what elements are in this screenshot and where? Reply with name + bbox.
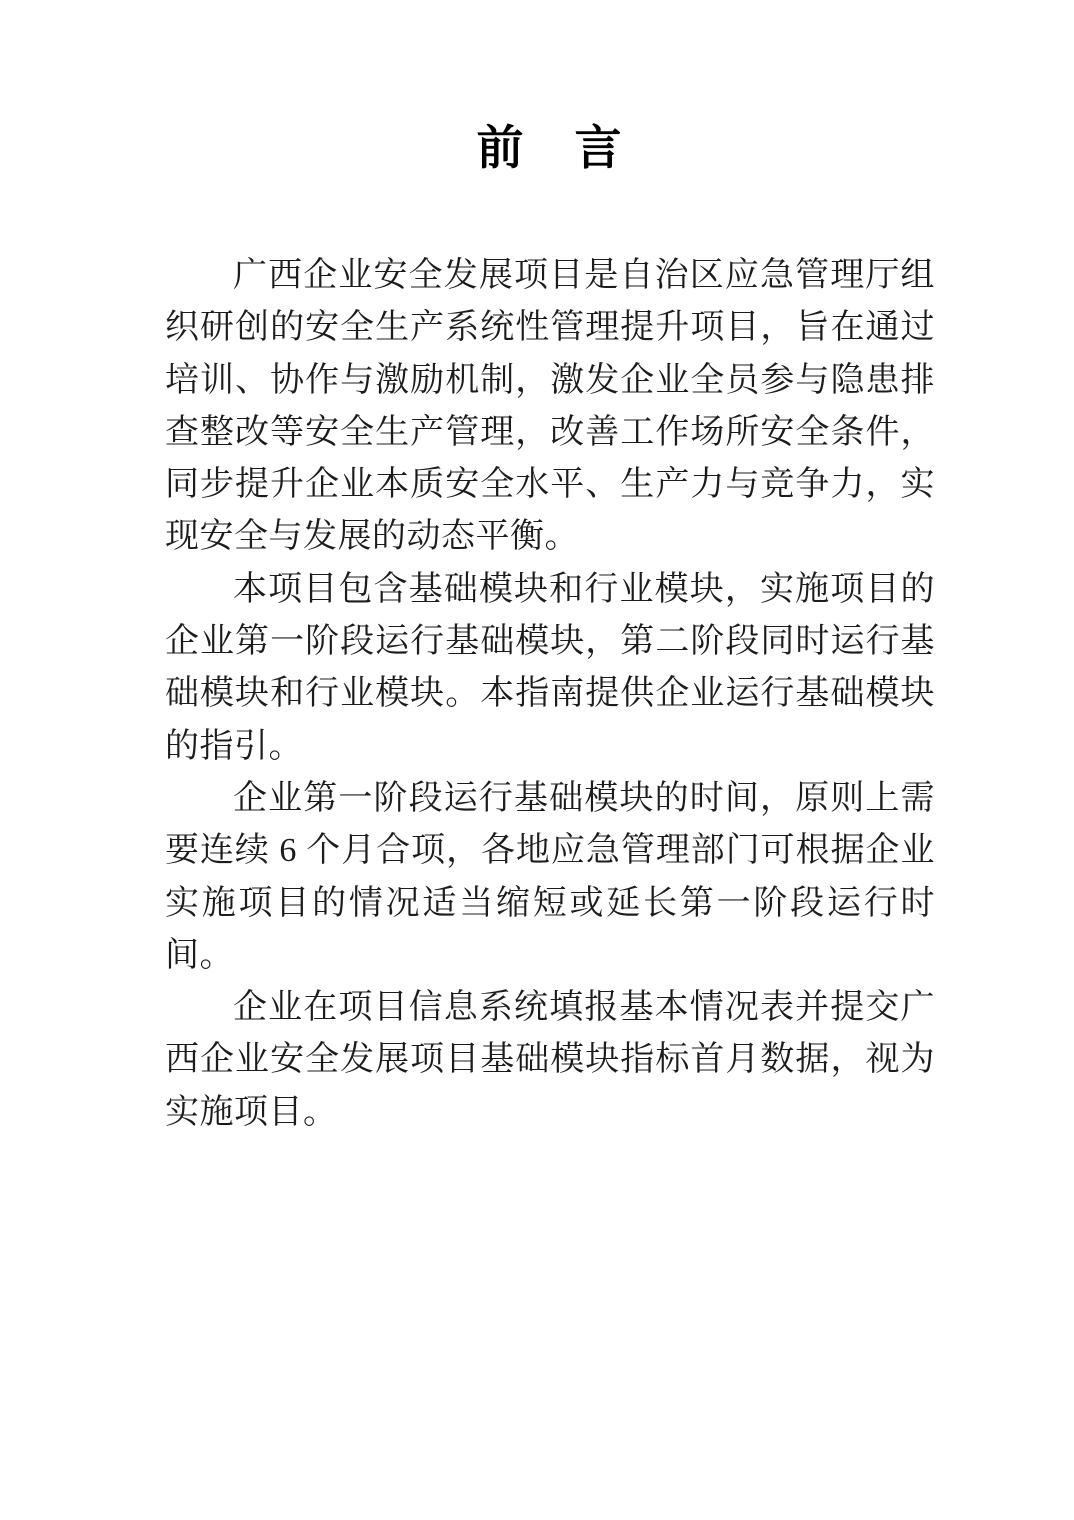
paragraph-3: 企业第一阶段运行基础模块的时间，原则上需要连续 6 个月合项，各地应急管理部门可…	[165, 773, 935, 982]
paragraph-1: 广西企业安全发展项目是自治区应急管理厅组织研创的安全生产系统性管理提升项目，旨在…	[165, 250, 935, 564]
paragraph-2: 本项目包含基础模块和行业模块，实施项目的企业第一阶段运行基础模块，第二阶段同时运…	[165, 564, 935, 773]
document-page: 前 言 广西企业安全发展项目是自治区应急管理厅组织研创的安全生产系统性管理提升项…	[0, 0, 1074, 1520]
page-title: 前 言	[165, 118, 935, 180]
paragraph-4: 企业在项目信息系统填报基本情况表并提交广西企业安全发展项目基础模块指标首月数据，…	[165, 982, 935, 1139]
document-body: 广西企业安全发展项目是自治区应急管理厅组织研创的安全生产系统性管理提升项目，旨在…	[165, 250, 935, 1139]
